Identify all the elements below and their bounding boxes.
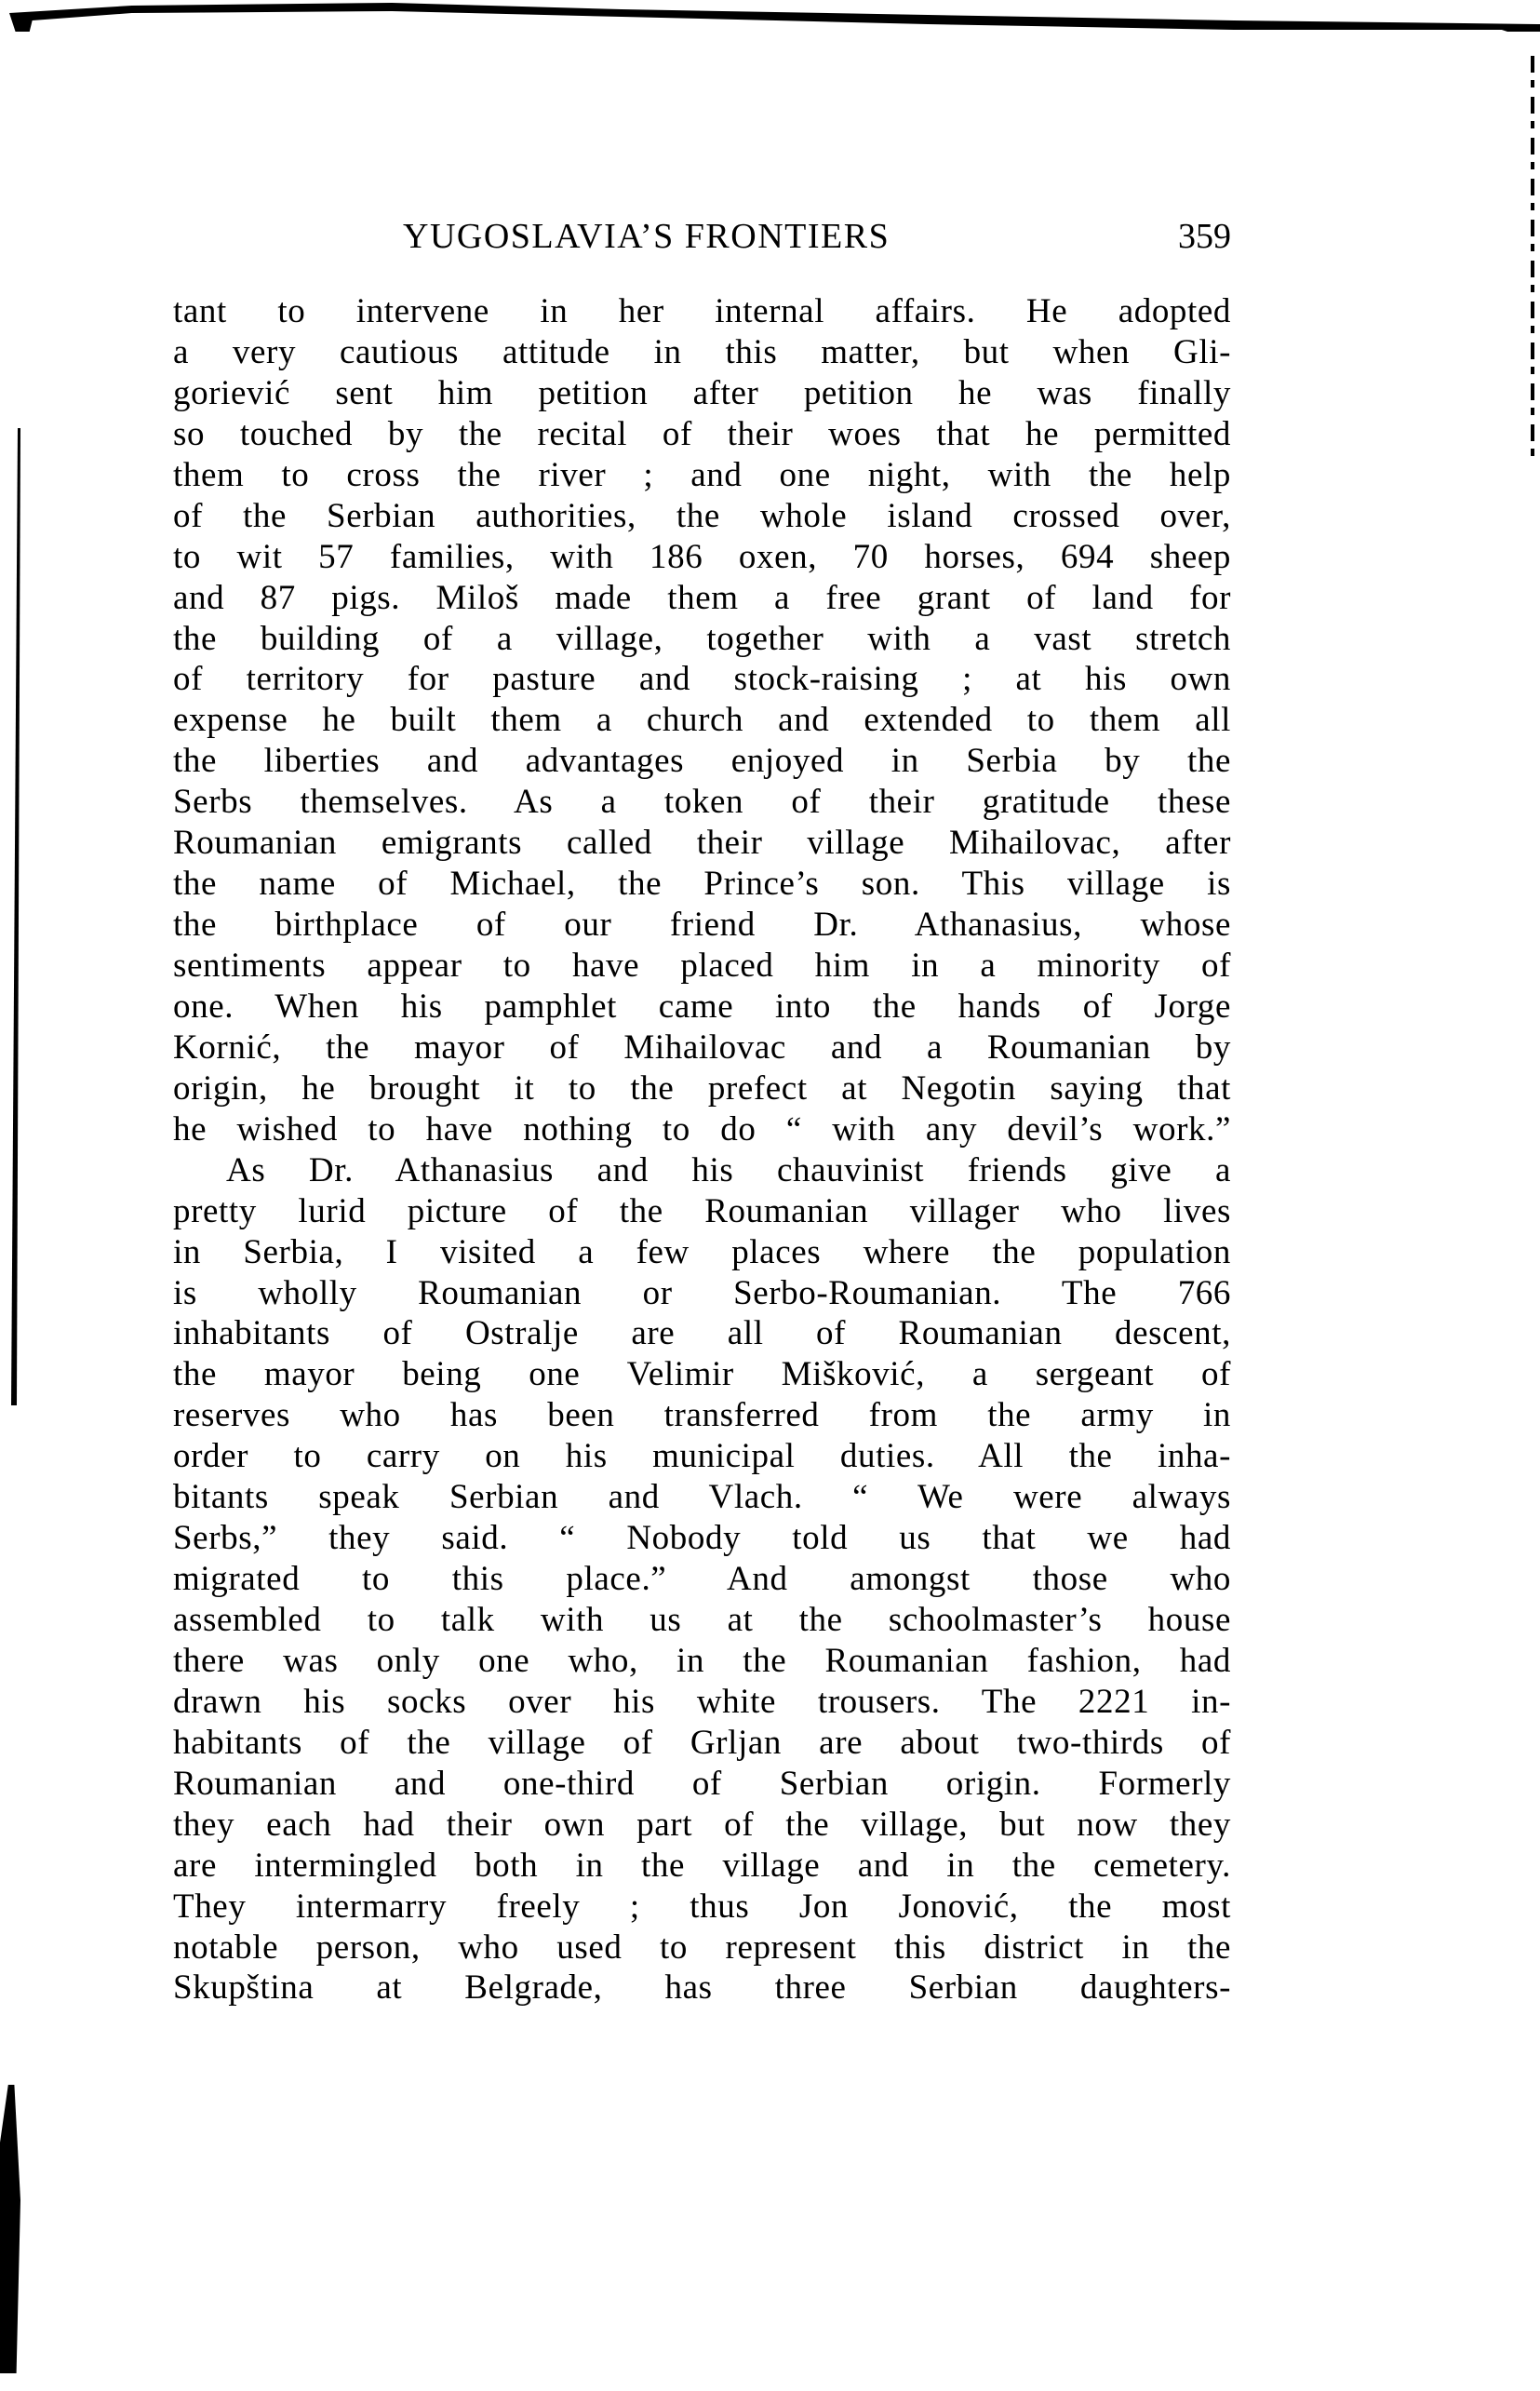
- text-line: Skupština at Belgrade, has three Serbian…: [173, 1968, 1231, 2008]
- text-line: order to carry on his municipal duties. …: [173, 1436, 1231, 1477]
- text-line: assembled to talk with us at the schoolm…: [173, 1600, 1231, 1641]
- text-line: habitants of the village of Grljan are a…: [173, 1723, 1231, 1764]
- text-line: migrated to this place.” And amongst tho…: [173, 1559, 1231, 1600]
- text-line: the name of Michael, the Prince’s son. T…: [173, 864, 1231, 905]
- text-line: drawn his socks over his white trousers.…: [173, 1682, 1231, 1723]
- scan-edge-right: [1531, 56, 1534, 465]
- text-line: them to cross the river ; and one night,…: [173, 455, 1231, 496]
- text-line: the mayor being one Velimir Mišković, a …: [173, 1354, 1231, 1395]
- text-line: origin, he brought it to the prefect at …: [173, 1068, 1231, 1109]
- text-line: sentiments appear to have placed him in …: [173, 946, 1231, 987]
- text-line: the building of a village, together with…: [173, 619, 1231, 660]
- text-line: Serbs,” they said. “ Nobody told us that…: [173, 1518, 1231, 1559]
- page-number: 359: [1178, 216, 1231, 257]
- text-line: are intermingled both in the village and…: [173, 1846, 1231, 1887]
- text-line: is wholly Roumanian or Serbo-Roumanian. …: [173, 1273, 1231, 1314]
- text-line: so touched by the recital of their woes …: [173, 414, 1231, 455]
- text-line: tant to intervene in her internal affair…: [173, 291, 1231, 332]
- text-line: they each had their own part of the vill…: [173, 1805, 1231, 1846]
- text-line: notable person, who used to represent th…: [173, 1928, 1231, 1968]
- text-line: Kornić, the mayor of Mihailovac and a Ro…: [173, 1028, 1231, 1068]
- text-line: pretty lurid picture of the Roumanian vi…: [173, 1191, 1231, 1232]
- text-line: he wished to have nothing to do “ with a…: [173, 1109, 1231, 1150]
- scan-edge-top: [9, 0, 1540, 32]
- book-page: YUGOSLAVIA’S FRONTIERS 359 tant to inter…: [0, 0, 1540, 2391]
- text-line: there was only one who, in the Roumanian…: [173, 1641, 1231, 1682]
- scan-edge-left-upper: [11, 428, 20, 1405]
- text-line: in Serbia, I visited a few places where …: [173, 1232, 1231, 1273]
- text-line: a very cautious attitude in this matter,…: [173, 332, 1231, 373]
- text-line: As Dr. Athanasius and his chauvinist fri…: [173, 1150, 1231, 1191]
- body-text: tant to intervene in her internal affair…: [173, 291, 1231, 2008]
- text-line: and 87 pigs. Miloš made them a free gran…: [173, 578, 1231, 619]
- text-line: the liberties and advantages enjoyed in …: [173, 741, 1231, 782]
- text-line: Roumanian emigrants called their village…: [173, 823, 1231, 864]
- text-line: Roumanian and one-third of Serbian origi…: [173, 1764, 1231, 1805]
- text-line: the birthplace of our friend Dr. Athanas…: [173, 905, 1231, 946]
- text-line: bitants speak Serbian and Vlach. “ We we…: [173, 1477, 1231, 1518]
- text-line: reserves who has been transferred from t…: [173, 1395, 1231, 1436]
- text-line: goriević sent him petition after petitio…: [173, 373, 1231, 414]
- running-head: YUGOSLAVIA’S FRONTIERS 359: [173, 216, 1231, 257]
- text-line: of territory for pasture and stock-raisi…: [173, 659, 1231, 700]
- running-head-title: YUGOSLAVIA’S FRONTIERS: [403, 216, 890, 257]
- text-line: inhabitants of Ostralje are all of Rouma…: [173, 1313, 1231, 1354]
- text-line: one. When his pamphlet came into the han…: [173, 987, 1231, 1028]
- text-line: to wit 57 families, with 186 oxen, 70 ho…: [173, 537, 1231, 578]
- text-line: Serbs themselves. As a token of their gr…: [173, 782, 1231, 823]
- text-line: of the Serbian authorities, the whole is…: [173, 496, 1231, 537]
- text-line: expense he built them a church and exten…: [173, 700, 1231, 741]
- text-line: They intermarry freely ; thus Jon Jonovi…: [173, 1887, 1231, 1928]
- scan-edge-left-lower: [0, 2085, 20, 2373]
